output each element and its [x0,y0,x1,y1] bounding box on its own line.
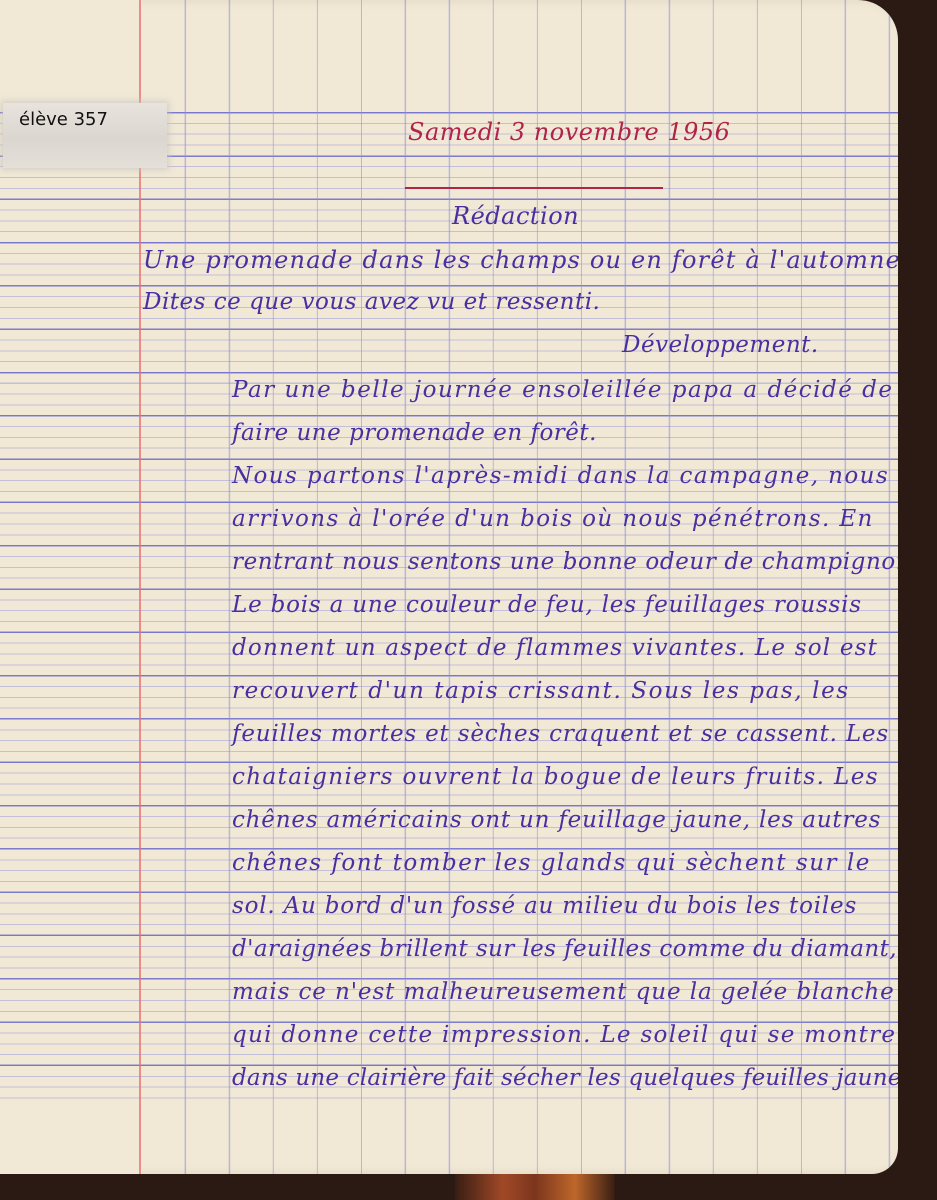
essay-line: chênes font tomber les glands qui sèchen… [232,850,871,876]
subject-line-2: Dites ce que vous avez vu et ressenti. [143,289,600,315]
margin-ruling [0,112,142,1108]
background-glow [455,1174,615,1200]
essay-line: Nous partons l'après-midi dans la campag… [232,463,889,489]
essay-line: qui donne cette impression. Le soleil qu… [232,1022,896,1048]
essay-line: chênes américains ont un feuillage jaune… [232,807,881,833]
student-id-label: élève 357 [19,109,108,130]
red-margin-line [139,0,141,1174]
student-label-box: élève 357 [3,103,167,168]
left-margin-area [0,0,142,1174]
essay-line: arrivons à l'orée d'un bois où nous péné… [232,506,874,532]
essay-line: recouvert d'un tapis crissant. Sous les … [232,678,850,704]
redaction-heading: Rédaction [452,202,579,230]
essay-line: sol. Au bord d'un fossé au milieu du boi… [232,893,857,919]
essay-line: rentrant nous sentons une bonne odeur de… [232,549,898,575]
essay-line: dans une clairière fait sécher les quelq… [232,1065,898,1091]
essay-line: faire une promenade en forêt. [232,420,597,446]
essay-line: donnent un aspect de flammes vivantes. L… [232,635,878,661]
notebook-page: élève 357 Samedi 3 novembre 1956 Rédacti… [0,0,898,1174]
essay-line: chataigniers ouvrent la bogue de leurs f… [232,764,879,790]
essay-line: Le bois a une couleur de feu, les feuill… [232,592,862,618]
essay-line: mais ce n'est malheureusement que la gel… [232,979,895,1005]
subject-line-1: Une promenade dans les champs ou en forê… [143,246,898,274]
title-underline [405,187,663,189]
development-heading: Développement. [622,332,819,358]
essay-line: d'araignées brillent sur les feuilles co… [232,936,897,962]
essay-line: Par une belle journée ensoleillée papa a… [232,377,894,403]
essay-line: feuilles mortes et sèches craquent et se… [232,721,889,747]
date-heading: Samedi 3 novembre 1956 [408,118,730,146]
